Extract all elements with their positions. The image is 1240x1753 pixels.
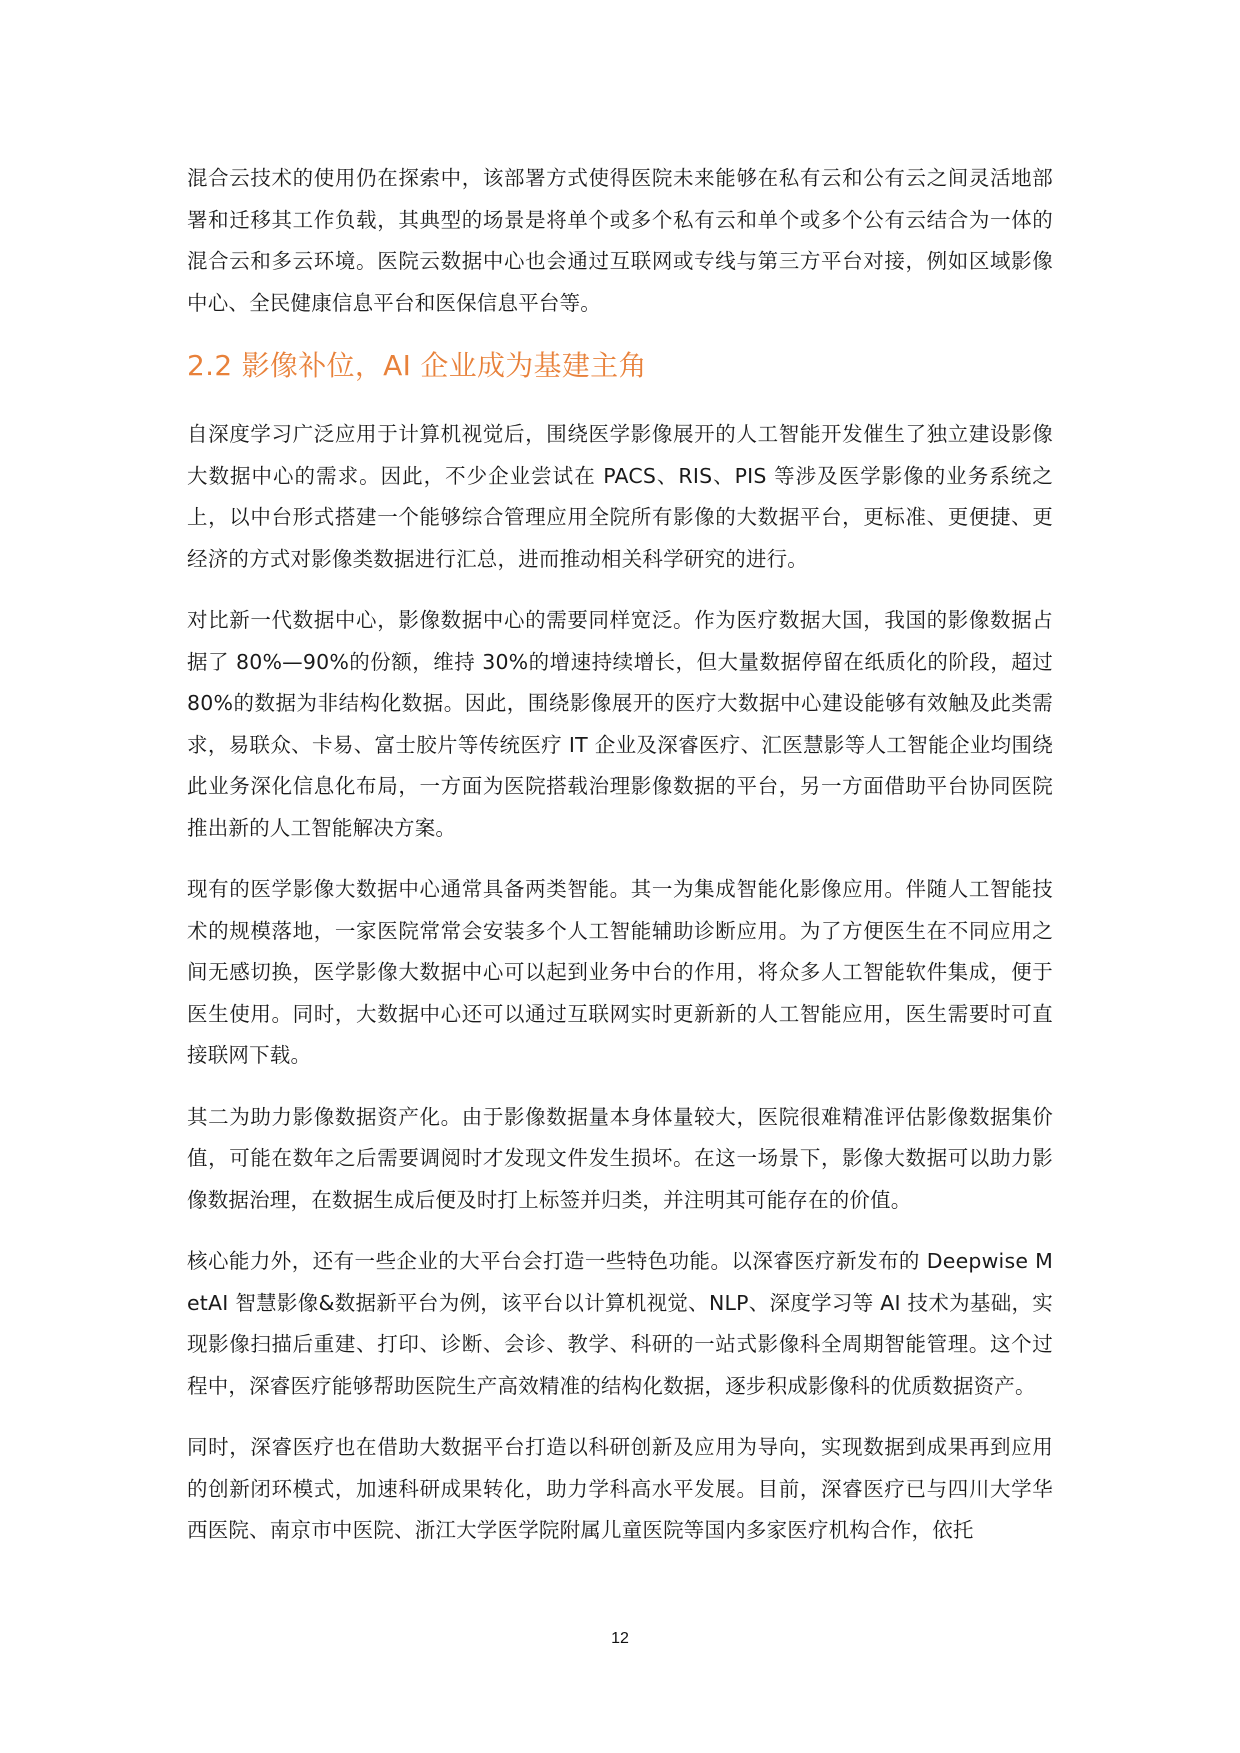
section-heading: 2.2 影像补位，AI 企业成为基建主角 bbox=[187, 342, 1053, 390]
intro-paragraph: 混合云技术的使用仍在探索中，该部署方式使得医院未来能够在私有云和公有云之间灵活地… bbox=[187, 158, 1053, 324]
body-paragraph-2: 对比新一代数据中心，影像数据中心的需要同样宽泛。作为医疗数据大国，我国的影像数据… bbox=[187, 600, 1053, 849]
body-paragraph-1: 自深度学习广泛应用于计算机视觉后，围绕医学影像展开的人工智能开发催生了独立建设影… bbox=[187, 414, 1053, 580]
body-paragraph-3: 现有的医学影像大数据中心通常具备两类智能。其一为集成智能化影像应用。伴随人工智能… bbox=[187, 869, 1053, 1077]
body-paragraph-4: 其二为助力影像数据资产化。由于影像数据量本身体量较大，医院很难精准评估影像数据集… bbox=[187, 1097, 1053, 1222]
body-paragraph-6: 同时，深睿医疗也在借助大数据平台打造以科研创新及应用为导向，实现数据到成果再到应… bbox=[187, 1427, 1053, 1552]
body-paragraph-5: 核心能力外，还有一些企业的大平台会打造一些特色功能。以深睿医疗新发布的 Deep… bbox=[187, 1241, 1053, 1407]
page-body: 混合云技术的使用仍在探索中，该部署方式使得医院未来能够在私有云和公有云之间灵活地… bbox=[187, 158, 1053, 1572]
page-number: 12 bbox=[0, 1630, 1240, 1648]
document-page: 混合云技术的使用仍在探索中，该部署方式使得医院未来能够在私有云和公有云之间灵活地… bbox=[0, 0, 1240, 1753]
